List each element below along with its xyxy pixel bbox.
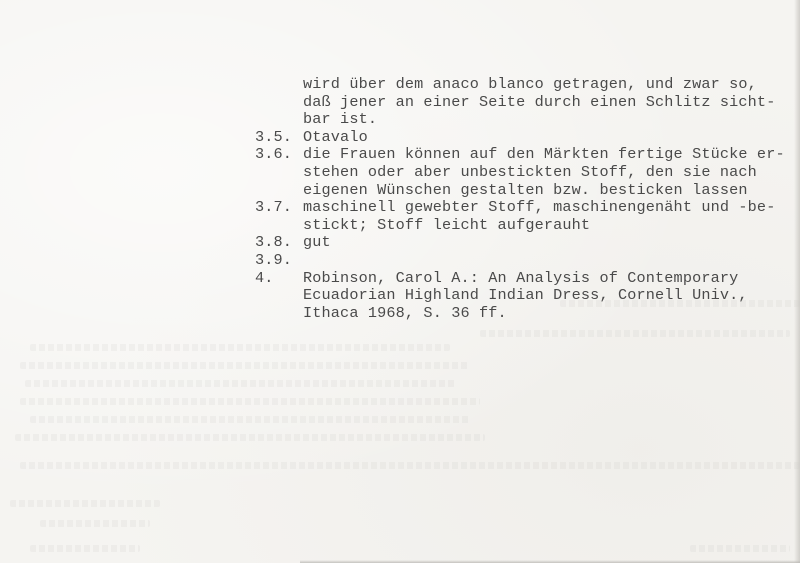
typed-line: 4.Robinson, Carol A.: An Analysis of Con… [255, 270, 785, 288]
item-number: 3.8. [255, 234, 303, 252]
typed-line: daß jener an einer Seite durch einen Sch… [255, 94, 785, 112]
line-text: gut [303, 234, 331, 252]
ghost-line [690, 545, 790, 552]
item-number [255, 182, 303, 200]
typed-line: 3.5.Otavalo [255, 129, 785, 147]
ghost-line [30, 416, 470, 423]
line-text: Otavalo [303, 129, 368, 147]
typed-line: bar ist. [255, 111, 785, 129]
item-number: 3.9. [255, 252, 303, 270]
paper-right-edge [794, 0, 800, 563]
ghost-line [20, 362, 470, 369]
line-text: die Frauen können auf den Märkten fertig… [303, 146, 785, 164]
ghost-line [480, 330, 790, 337]
ghost-line [15, 434, 485, 441]
line-text: Robinson, Carol A.: An Analysis of Conte… [303, 270, 738, 288]
line-text: stickt; Stoff leicht aufgerauht [303, 217, 590, 235]
line-text: Ithaca 1968, S. 36 ff. [303, 305, 507, 323]
ghost-line [10, 500, 160, 507]
item-number [255, 94, 303, 112]
item-number [255, 76, 303, 94]
typed-line: Ithaca 1968, S. 36 ff. [255, 305, 785, 323]
ghost-line [30, 545, 140, 552]
item-number [255, 164, 303, 182]
item-number [255, 217, 303, 235]
typed-line: stehen oder aber unbestickten Stoff, den… [255, 164, 785, 182]
typed-text-block: wird über dem anaco blanco getragen, und… [255, 76, 785, 322]
ghost-line [40, 520, 150, 527]
item-number [255, 287, 303, 305]
line-text: Ecuadorian Highland Indian Dress, Cornel… [303, 287, 748, 305]
item-number [255, 305, 303, 323]
line-text: bar ist. [303, 111, 377, 129]
paper-sheet: wird über dem anaco blanco getragen, und… [0, 0, 800, 563]
typed-line: 3.8.gut [255, 234, 785, 252]
item-number [255, 111, 303, 129]
line-text: wird über dem anaco blanco getragen, und… [303, 76, 757, 94]
typed-line: 3.6.die Frauen können auf den Märkten fe… [255, 146, 785, 164]
line-text: eigenen Wünschen gestalten bzw. besticke… [303, 182, 748, 200]
item-number: 3.5. [255, 129, 303, 147]
ghost-line [25, 380, 455, 387]
line-text: stehen oder aber unbestickten Stoff, den… [303, 164, 757, 182]
ghost-line [20, 398, 480, 405]
typed-line: eigenen Wünschen gestalten bzw. besticke… [255, 182, 785, 200]
line-text: daß jener an einer Seite durch einen Sch… [303, 94, 775, 112]
typed-line: 3.9. [255, 252, 785, 270]
line-text: maschinell gewebter Stoff, maschinengenä… [303, 199, 775, 217]
typed-line: wird über dem anaco blanco getragen, und… [255, 76, 785, 94]
ghost-line [30, 344, 450, 351]
item-number: 4. [255, 270, 303, 288]
ghost-line [20, 462, 800, 469]
typed-line: 3.7.maschinell gewebter Stoff, maschinen… [255, 199, 785, 217]
item-number: 3.6. [255, 146, 303, 164]
typed-line: stickt; Stoff leicht aufgerauht [255, 217, 785, 235]
typed-line: Ecuadorian Highland Indian Dress, Cornel… [255, 287, 785, 305]
item-number: 3.7. [255, 199, 303, 217]
